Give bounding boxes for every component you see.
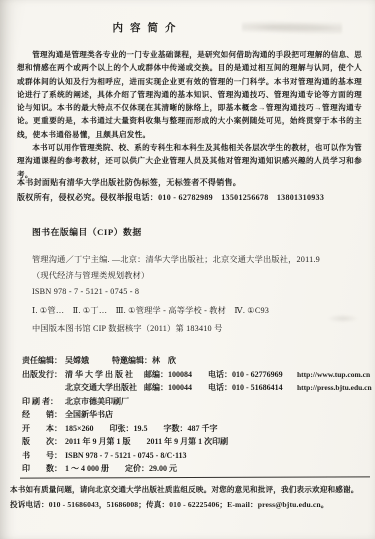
row-label: 印 刷 者： (22, 395, 65, 409)
row-value: 全国新华书店 (65, 408, 113, 422)
publisher-postcode: 邮编：100044 (144, 381, 208, 395)
row-value: 北京市德美印刷厂 (65, 395, 129, 409)
publisher-postcode: 邮编：100084 (144, 368, 208, 382)
publisher-name: 北京交通大学出版社 (65, 381, 144, 395)
colophon-row-format: 开 本： 185×260 印张：19.5 字数：487 千字 (22, 422, 372, 436)
row-label: 书 号： (22, 449, 65, 463)
colophon-row-print-run: 印 数： 1 ～ 4 000 册 定价：29.00 元 (22, 462, 372, 476)
intro-paragraph: 本书可以用作管理类院、校、系的专科生和本科生及其他相关各层次学生的教材，也可以作… (17, 141, 362, 181)
section-title: 内容简介 (0, 20, 295, 35)
editor-label: 责任编辑： (22, 354, 65, 368)
row-value: 185×260 印张：19.5 字数：487 千字 (65, 422, 218, 436)
publisher-label: 出版发行： (22, 368, 65, 382)
colophon-row-printer: 印 刷 者： 北京市德美印刷厂 (22, 395, 372, 409)
publisher-name: 清 华 大 学 出 版 社 (65, 368, 144, 382)
row-value: 1 ～ 4 000 册 定价：29.00 元 (65, 462, 177, 476)
row-label: 版 次： (22, 435, 65, 449)
label-spacer (22, 381, 65, 395)
colophon-row-distributor: 经 销： 全国新华书店 (22, 408, 372, 422)
anti-piracy-notice: 本书封面贴有清华大学出版社防伪标签，无标签者不得销售。 版权所有，侵权必究。侵权… (17, 176, 369, 205)
cip-heading: 图书在版编目（CIP）数据 (32, 227, 368, 238)
notice-line: 版权所有，侵权必究。侵权举报电话：010 - 62782989 13501256… (17, 191, 369, 206)
row-value: 2011 年 9 月第 1 版 2011 年 9 月第 1 次印刷 (65, 435, 228, 449)
cip-data-block: 图书在版编目（CIP）数据 管理沟通／丁宁主编. —北京：清华大学出版社；北京交… (32, 227, 368, 334)
divider-rule (20, 476, 370, 478)
footer-line: 本书如有质量问题，请向北京交通大学出版社质监组反映。对您的意见和批评，我们表示欢… (10, 483, 372, 498)
editors-row: 责任编辑： 吴嫦娥 特邀编辑： 林 欣 (22, 354, 372, 368)
footer-line: 投诉电话：010 - 51686043，51686008；传真：010 - 62… (10, 498, 372, 513)
publisher-phone: 电话：010 - 51686414 (208, 381, 297, 395)
cip-description: 管理沟通／丁宁主编. —北京：清华大学出版社；北京交通大学出版社，2011.9 (32, 254, 368, 265)
cip-classification: Ⅰ. ①管… Ⅱ. ①丁… Ⅲ. ①管理学 - 高等学校 - 教材 Ⅳ. ①C9… (32, 305, 368, 316)
row-label: 开 本： (22, 422, 65, 436)
publisher-url: http://press.bjtu.edu.cn (297, 381, 372, 395)
colophon: 责任编辑： 吴嫦娥 特邀编辑： 林 欣 出版发行： 清 华 大 学 出 版 社 … (22, 354, 372, 476)
publisher-url: http://www.tup.com.cn (297, 368, 370, 382)
row-label: 经 销： (22, 408, 65, 422)
guest-editor-name: 林 欣 (152, 354, 176, 368)
notice-line: 本书封面贴有清华大学出版社防伪标签，无标签者不得销售。 (17, 176, 369, 191)
cip-isbn: ISBN 978 - 7 - 5121 - 0745 - 8 (32, 286, 368, 297)
cip-series: （现代经济与管理类规划教材） (32, 270, 368, 281)
book-copyright-page: 内容简介 管理沟通是管理类各专业的一门专业基础课程，是研究如何借助沟通的手段把可… (0, 0, 375, 539)
row-label: 印 数： (22, 462, 65, 476)
quality-complaint-notice: 本书如有质量问题，请向北京交通大学出版社质监组反映。对您的意见和批评，我们表示欢… (10, 483, 372, 512)
intro-section: 管理沟通是管理类各专业的一门专业基础课程，是研究如何借助沟通的手段把可理解的信息… (17, 48, 362, 181)
editor-name: 吴嫦娥 (65, 354, 112, 368)
colophon-row-book-number: 书 号： ISBN 978 - 7 - 5121 - 0745 - 8/C·11… (22, 449, 372, 463)
colophon-row-edition: 版 次： 2011 年 9 月第 1 版 2011 年 9 月第 1 次印刷 (22, 435, 372, 449)
cip-record-number: 中国版本图书馆 CIP 数据核字（2011）第 183410 号 (32, 323, 368, 334)
publisher-row: 北京交通大学出版社 邮编：100044 电话：010 - 51686414 ht… (22, 381, 372, 395)
intro-paragraph: 管理沟通是管理类各专业的一门专业基础课程，是研究如何借助沟通的手段把可理解的信息… (17, 48, 362, 141)
row-value: ISBN 978 - 7 - 5121 - 0745 - 8/C·113 (65, 449, 187, 463)
guest-editor-label: 特邀编辑： (112, 354, 152, 368)
publisher-row: 出版发行： 清 华 大 学 出 版 社 邮编：100084 电话：010 - 6… (22, 368, 372, 382)
publisher-phone: 电话：010 - 62776969 (208, 368, 297, 382)
